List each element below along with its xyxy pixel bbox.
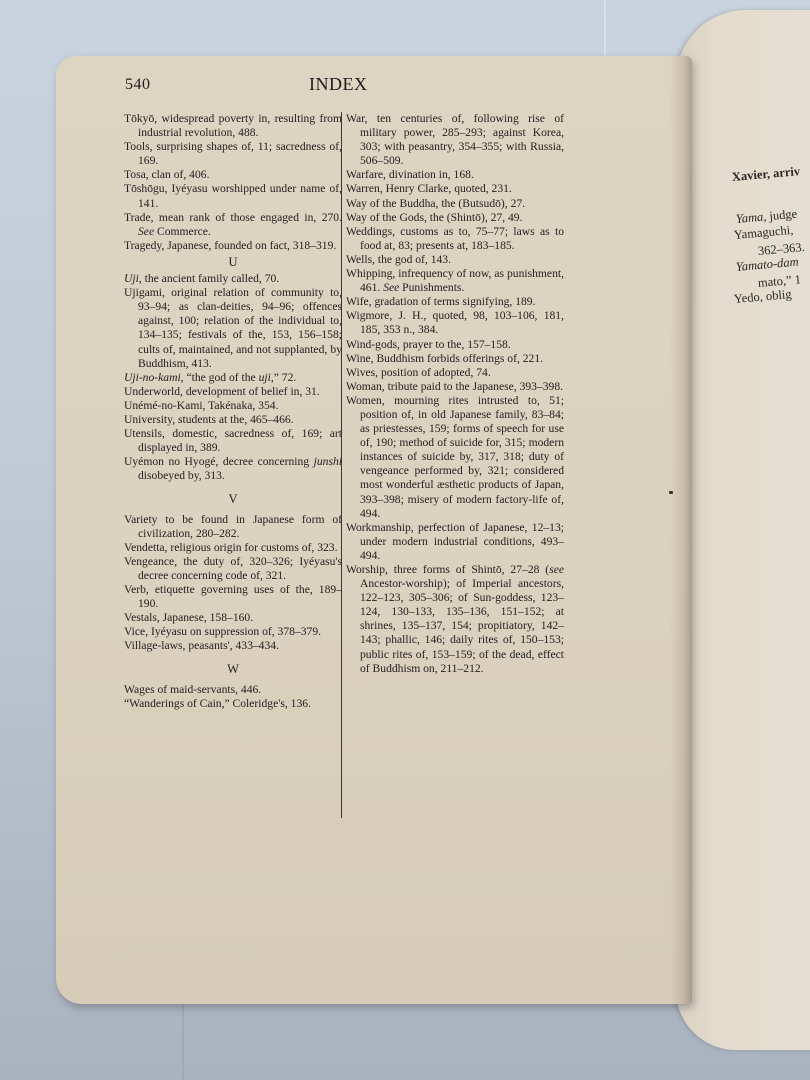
- index-entry: Unémé-no-Kami, Takénaka, 354.: [124, 399, 342, 413]
- index-entry: Tools, surprising shapes of, 11; sacredn…: [124, 140, 342, 168]
- index-entry: Women, mourning rites intrusted to, 51; …: [346, 394, 564, 521]
- index-entry: Wages of maid-servants, 446.: [124, 683, 342, 697]
- letter-heading: W: [124, 662, 342, 676]
- index-entry: Warren, Henry Clarke, quoted, 231.: [346, 182, 564, 196]
- index-entry: Woman, tribute paid to the Japanese, 393…: [346, 380, 564, 394]
- index-entry: Tōkyō, widespread poverty in, resulting …: [124, 112, 342, 140]
- index-entry: “Wanderings of Cain,” Coleridge's, 136.: [124, 697, 342, 711]
- index-entry: Wife, gradation of terms signifying, 189…: [346, 295, 564, 309]
- background-crease: [604, 0, 606, 60]
- index-entry: Uji, the ancient family called, 70.: [124, 272, 342, 286]
- index-entry: Wives, position of adopted, 74.: [346, 366, 564, 380]
- gutter-shadow: [670, 56, 692, 1004]
- column-rule: [341, 112, 342, 818]
- index-entry: Vestals, Japanese, 158–160.: [124, 611, 342, 625]
- index-entry: Wigmore, J. H., quoted, 98, 103–106, 181…: [346, 309, 564, 337]
- index-entry: Verb, etiquette governing uses of the, 1…: [124, 583, 342, 611]
- index-entry: Whipping, infrequency of now, as punishm…: [346, 267, 564, 295]
- background-crease: [182, 1000, 184, 1080]
- page-number: 540: [125, 76, 151, 94]
- index-entry: Vendetta, religious origin for customs o…: [124, 541, 342, 555]
- index-entry: Ujigami, original relation of community …: [124, 286, 342, 371]
- index-entry: Underworld, development of belief in, 31…: [124, 385, 342, 399]
- index-entry: Uyémon no Hyogé, decree concerning junsh…: [124, 455, 342, 483]
- index-entry: Wine, Buddhism forbids offerings of, 221…: [346, 352, 564, 366]
- next-page-line: Yamato-dam: [735, 255, 799, 275]
- index-entry: Weddings, customs as to, 75–77; laws as …: [346, 225, 564, 253]
- index-entry: Variety to be found in Japanese form of …: [124, 513, 342, 541]
- index-entry: Way of the Gods, the (Shintō), 27, 49.: [346, 211, 564, 225]
- index-entry: University, students at the, 465–466.: [124, 413, 342, 427]
- index-entry: Wells, the god of, 143.: [346, 253, 564, 267]
- index-entry: Uji-no-kami, “the god of the uji,” 72.: [124, 371, 342, 385]
- index-entry: Village-laws, peasants', 433–434.: [124, 639, 342, 653]
- next-page: Xavier, arriv Yama, judge Yamaguchi, 362…: [676, 10, 810, 1050]
- next-page-line: Yedo, oblig: [733, 287, 792, 307]
- index-entry: Vengeance, the duty of, 320–326; Iyéyasu…: [124, 555, 342, 583]
- index-entry: Wind-gods, prayer to the, 157–158.: [346, 338, 564, 352]
- index-entry: Trade, mean rank of those engaged in, 27…: [124, 211, 342, 239]
- index-column-left: Tōkyō, widespread poverty in, resulting …: [124, 112, 342, 711]
- index-entry: Tōshōgu, Iyéyasu worshipped under name o…: [124, 182, 342, 210]
- index-entry: Way of the Buddha, the (Butsudō), 27.: [346, 197, 564, 211]
- running-head: INDEX: [309, 74, 368, 95]
- index-entry: Tosa, clan of, 406.: [124, 168, 342, 182]
- index-entry: Warfare, divination in, 168.: [346, 168, 564, 182]
- letter-heading: U: [124, 255, 342, 269]
- index-entry: Vice, Iyéyasu on suppression of, 378–379…: [124, 625, 342, 639]
- paper-speck: [669, 491, 673, 494]
- next-page-line: Xavier, arriv: [731, 164, 800, 185]
- index-entry: Worship, three forms of Shintō, 27–28 (s…: [346, 563, 564, 676]
- index-entry: Utensils, domestic, sacredness of, 169; …: [124, 427, 342, 455]
- index-entry: Workmanship, perfection of Japanese, 12–…: [346, 521, 564, 563]
- index-column-right: War, ten centuries of, following rise of…: [346, 112, 564, 676]
- index-entry: Tragedy, Japanese, founded on fact, 318–…: [124, 239, 342, 253]
- letter-heading: V: [124, 492, 342, 506]
- index-entry: War, ten centuries of, following rise of…: [346, 112, 564, 168]
